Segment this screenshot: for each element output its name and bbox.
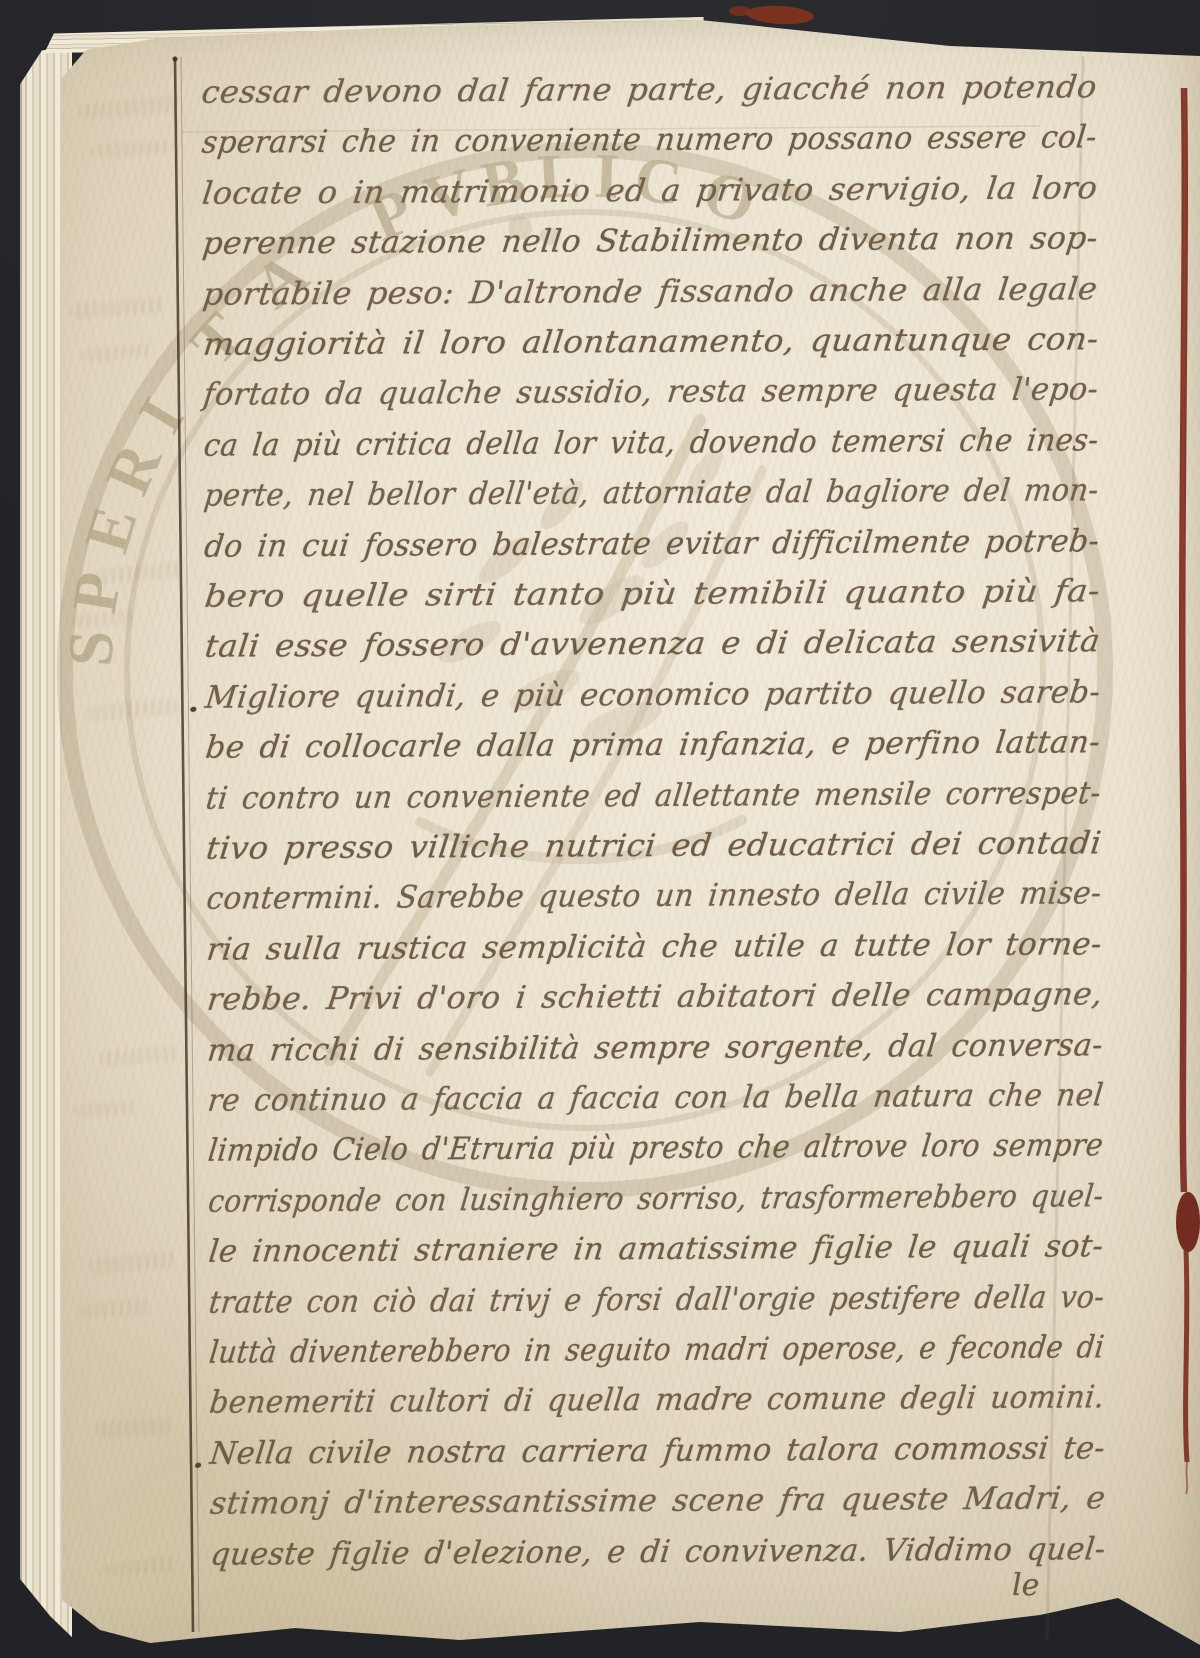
manuscript-line: tratte con ciò dai trivj e forsi dall'or… xyxy=(205,1279,1106,1335)
manuscript-line: sperarsi che in conveniente numero possa… xyxy=(198,120,1098,176)
manuscript-line: perte, nel bellor dell'età, attorniate d… xyxy=(201,472,1101,527)
manuscript-line: re continuo a faccia a faccia con la bel… xyxy=(204,1077,1105,1133)
ribbon-frayed-end xyxy=(1186,1462,1187,1494)
manuscript-line: be di collocarle dalla prima infanzia, e… xyxy=(202,724,1102,779)
manuscript-line: le innocenti straniere in amatissime fig… xyxy=(205,1228,1105,1284)
manuscript-line: luttà diventerebbero in seguito madri op… xyxy=(206,1329,1107,1385)
binding-ribbon xyxy=(1176,88,1200,1494)
book-scan: SPERITAPVBLICO cessar devono dal farne p… xyxy=(0,0,1200,1658)
manuscript-line: ria sulla rustica semplicità che utile a… xyxy=(203,926,1104,982)
manuscript-line: corrisponde con lusinghiero sorriso, tra… xyxy=(205,1178,1106,1234)
manuscript-line: portabile peso: D'altronde fissando anch… xyxy=(199,271,1099,326)
manuscript-line: ti contro un conveniente ed allettante m… xyxy=(202,775,1102,831)
manuscript-line: tivo presso villiche nutrici ed educatri… xyxy=(203,825,1104,881)
ribbon-knot xyxy=(1176,1192,1200,1252)
manuscript-line: cessar devono dal farne parte, giacché n… xyxy=(198,69,1099,125)
manuscript-line: ma ricchi di sensibilità sempre sorgente… xyxy=(204,1027,1105,1083)
manuscript-line: rebbe. Privi d'oro i schietti abitatori … xyxy=(204,976,1105,1032)
manuscript-text-block: cessar devono dal farne parte, giacché n… xyxy=(200,69,1110,1634)
manuscript-line: bero quelle sirti tanto più temibili qua… xyxy=(201,573,1102,629)
rule-ink-blob xyxy=(172,56,177,61)
red-edge-mark xyxy=(746,4,815,26)
manuscript-line: ca la più critica della lor vita, dovend… xyxy=(200,422,1100,478)
manuscript-line: do in cui fossero balestrate evitar diff… xyxy=(201,523,1102,579)
manuscript-line: stimonj d'interessantissime scene fra qu… xyxy=(207,1480,1108,1536)
manuscript-line: perenne stazione nello Stabilimento dive… xyxy=(199,220,1100,276)
manuscript-line: contermini. Sarebbe questo un innesto de… xyxy=(203,876,1104,932)
manuscript-line: Migliore quindi, e più economico partito… xyxy=(202,674,1103,730)
manuscript-line: maggiorità il loro allontanamento, quant… xyxy=(200,321,1101,377)
manuscript-line: tali esse fossero d'avvenenza e di delic… xyxy=(201,624,1102,680)
red-edge-mark-small xyxy=(729,6,751,16)
manuscript-line: Nella civile nostra carriera fummo talor… xyxy=(206,1430,1107,1486)
manuscript-line: fortato da qualche sussidio, resta sempr… xyxy=(200,372,1100,428)
manuscript-line: locate o in matrimonio ed a privato serv… xyxy=(199,170,1100,226)
manuscript-line: benemeriti cultori di quella madre comun… xyxy=(206,1380,1107,1436)
manuscript-line: limpido Cielo d'Etruria più presto che a… xyxy=(205,1128,1106,1184)
manuscript-line: queste figlie d'elezione, e di convivenz… xyxy=(207,1531,1108,1587)
catchword: le xyxy=(1012,1568,1039,1603)
